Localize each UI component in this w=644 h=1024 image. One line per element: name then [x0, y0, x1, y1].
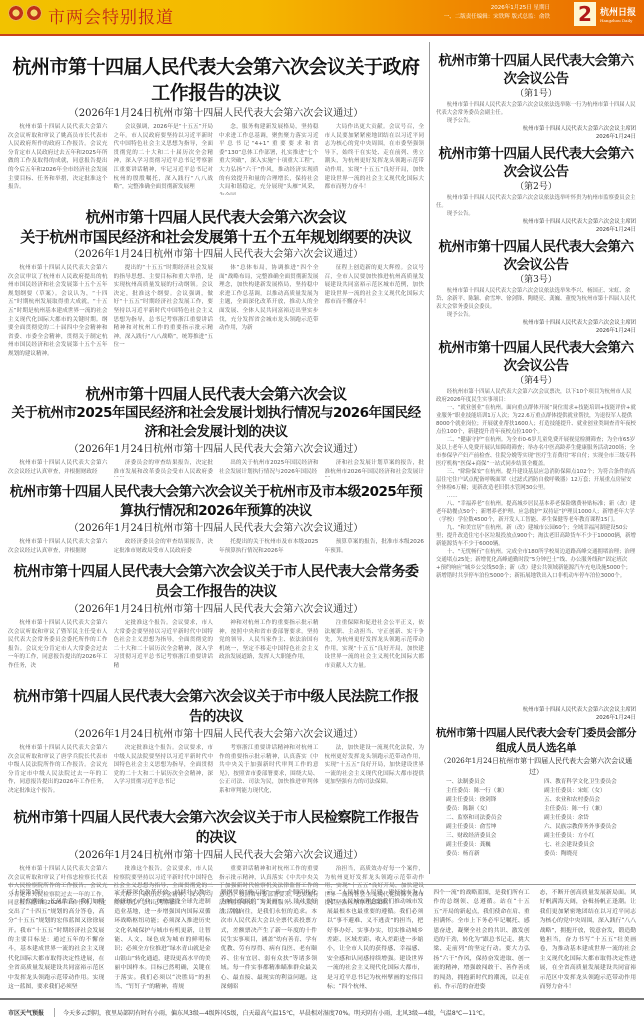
- subheadline: （2026年1月24日杭州市第十四届人民代表大会第六次会议通过）: [8, 522, 424, 536]
- commentary-column: 定不移深化改革开放，持续壮大数字经济核心产业，加快建设全球先进制造业基地，进一步…: [114, 889, 210, 993]
- list-item: 副主任委员：余岱: [544, 814, 636, 823]
- list-item: 委员：陈颖（女）: [446, 805, 538, 814]
- announcement-signer: 杭州市第十四届人民代表大会第六次会议主席团: [436, 706, 636, 714]
- edition-info: 2026年1月25日 星期日 一、二版责任编辑：宋铁辉 版式总监：俞铁: [444, 4, 550, 22]
- article-text: 大局作出更大贡献。会议号召，全市人民要加紧紧密地团结在以习近平同志为核心的党中央…: [325, 123, 425, 195]
- masthead: 市两会特别报道 2026年1月25日 星期日 一、二版责任编辑：宋铁辉 版式总监…: [0, 0, 644, 36]
- announcement-text: 一、“就业创业”在杭州。面向重点群体开展“岗位需求+技能培训+技能评价+就业服务…: [436, 404, 636, 436]
- announcement-date: 2026年1月24日: [436, 226, 636, 234]
- article-text: 考察浙江重要讲话精神和对杭州工作的重要指示批示精神，认真落实《中共中央关于加强新…: [219, 744, 319, 802]
- column-divider: [429, 42, 430, 874]
- list-item: 一、法制委员会: [446, 778, 538, 787]
- headline-line1: 杭州市第十四届人民代表大会第六次会议: [8, 384, 424, 404]
- announcement-text: 现予公告。: [436, 210, 636, 218]
- announcement-date: 2026年1月24日: [436, 714, 636, 722]
- article-text: 济委员会的审查结果报告，决定批准市发展和改革委员会受市人民政府委托提: [114, 459, 214, 477]
- list-item: 委员：杨育新: [446, 850, 538, 859]
- article-text: 体”总体布局，协调推进“四个全面”战略布局，完整准确全面贯彻新发展理念，加快构建…: [219, 264, 319, 376]
- article-text: 杭州市第十四届人民代表大会第六次会议听取和审议了姚高员市长代表市人民政府所作的政…: [8, 123, 108, 195]
- announcement-title: 杭州市第十四届人民代表大会第六次会议公告: [436, 52, 636, 88]
- announcement-signer: 杭州市第十四届人民代表大会第六次会议主席团: [436, 218, 636, 226]
- subheadline: （2026年1月24日杭州市第十四届人民代表大会第六次会议通过）: [8, 443, 424, 457]
- headline-line2: 关于杭州市2025年国民经济和社会发展计划执行情况与2026年国民经济和社会发展…: [8, 404, 424, 442]
- article-text: 注重保障和促进社会公平正义，依法履职、主动担当、守正创新、实干争先，为杭州更好发…: [325, 619, 425, 681]
- article-text: 杭州市第十四届人民代表大会第六次会议听取和审议了暨军民主任受市人民代表大会常务委…: [8, 619, 108, 681]
- weather-text: 今天多云到阴，夜里局部阴有时有小雨，偏东风3级—4级阵风5级，白天最高气温15℃…: [63, 1008, 489, 1017]
- announcement-text: 现予公告。: [436, 117, 636, 125]
- article-text: 定批准这个报告。会议要求，市人大常委会要坚持以习近平新时代中国特色社会主义思想为…: [114, 619, 214, 681]
- article-text: 提出的“十五五”时期经济社会发展的指导思想、主要目标和重大举措，是实现杭州高质量…: [114, 264, 214, 376]
- announcement-1: 杭州市第十四届人民代表大会第六次会议公告 （第1号） 杭州市第十四届人民代表大会…: [436, 52, 636, 141]
- article-text: 出的关于杭州市2025年国民经济和社会发展计划执行情况与2026年国民经: [219, 459, 319, 477]
- announcement-text: 现予公告。: [436, 311, 636, 319]
- jump-note: （上接第1版）: [8, 889, 104, 898]
- announcement-number: （第2号）: [436, 181, 636, 194]
- article-intermediate-court-report: 杭州市第十四届人民代表大会第六次会议关于市中级人民法院工作报告的决议 （2026…: [8, 687, 424, 802]
- list-item: 主任委员：陈一行（兼）: [446, 787, 538, 796]
- continued-commentary: （上接第1版） 时代潮涌，长风浩荡。我们如期交出了“十四五”规划的高分答卷，高分…: [8, 884, 636, 996]
- announcement-number: （第3号）: [436, 274, 636, 287]
- committee-members-list: 杭州市第十四届人民代表大会专门委员会部分组成人员人选名单 （2026年1月24日…: [436, 726, 636, 859]
- list-item: 四、教育科学文化卫生委员会: [544, 778, 636, 787]
- list-item: 副主任委员：徐剑锋: [446, 796, 538, 805]
- list-left: 一、法制委员会 主任委员：陈一行（兼） 副主任委员：徐剑锋 委员：陈颖（女） 二…: [446, 778, 538, 859]
- headline: 杭州市第十四届人民代表大会第六次会议关于政府工作报告的决议: [8, 54, 424, 106]
- commentary-column: 划纲要的“施工图”一步一个脚印转化为城市发展的“实景画”。人民对美好生活的向往，…: [221, 889, 317, 993]
- announcement-2: 杭州市第十四届人民代表大会第六次会议公告 （第2号） 杭州市第十四届人民代表大会…: [436, 145, 636, 234]
- list-right: 四、教育科学文化卫生委员会 副主任委员：宋虹（女） 五、农业和农村委员会 主任委…: [544, 778, 636, 859]
- article-text: 济和社会发展计划草案的报告，批准杭州市2026年国民经济和社会发展计划。: [325, 459, 425, 477]
- list-item: 二、监察和司法委员会: [446, 814, 538, 823]
- committee-grid: 一、法制委员会 主任委员：陈一行（兼） 副主任委员：徐剑锋 委员：陈颖（女） 二…: [436, 778, 636, 859]
- announcement-3: 杭州市第十四届人民代表大会第六次会议公告 （第3号） 杭州市第十四届人民代表大会…: [436, 238, 636, 335]
- cppcc-emblem-icon: [26, 5, 42, 21]
- announcement-text: 二、“健康守护”在杭州。为全市0-6岁儿童免费开展视觉检测筛查；为全市65岁及以…: [436, 436, 636, 468]
- article-budget: 杭州市第十四届人民代表大会第六次会议关于杭州市及市本级2025年预算执行情况和2…: [8, 483, 424, 556]
- announcement-text: 杭州市第十四届人民代表大会第六次会议依法选举叶怀贵为杭州市监察委员会主任。: [436, 194, 636, 210]
- announcement-signer: 杭州市第十四届人民代表大会第六次会议主席团: [436, 319, 636, 327]
- article-15th-five-year-plan: 杭州市第十四届人民代表大会第六次会议 关于杭州市国民经济和社会发展第十五个五年规…: [8, 207, 424, 376]
- announcement-title: 杭州市第十四届人民代表大会第六次会议公告: [436, 238, 636, 274]
- announcement-title: 杭州市第十四届人民代表大会第六次会议公告: [436, 339, 636, 375]
- editor-credits: 一、二版责任编辑：宋铁辉 版式总监：俞铁: [444, 13, 550, 22]
- list-item: 副主任委员：俞雪坤: [446, 823, 538, 832]
- article-text: 托提出的关于杭州市及市本级2025年预算执行情况和2026年: [219, 538, 319, 556]
- commentary-column: 示，“人民城市人民建，建好城市为人民”。人民城市理念是我们推动城市发展最根本也最…: [327, 889, 423, 993]
- list-item: 六、民族宗教侨务外事委员会: [544, 823, 636, 832]
- article-text: 预算草案的报告，批准市本级2026年预算。: [325, 538, 425, 556]
- subheadline: （2026年1月24日杭州市第十四届人民代表大会第六次会议通过）: [8, 603, 424, 617]
- announcement-text: 十、“无忧畅行”在杭州。完成全市180所学校周边道路高峰交通拥堵治理；治理交通堵…: [436, 548, 636, 580]
- article-text: 会议强调，2026年是“十五五”开局之年。市人民政府要坚持以习近平新时代中国特色…: [114, 123, 214, 195]
- announcement-date: 2026年1月24日: [436, 327, 636, 335]
- issue-date: 2026年1月25日 星期日: [444, 4, 550, 13]
- national-emblem-icon: [8, 5, 24, 21]
- article-government-report: 杭州市第十四届人民代表大会第六次会议关于政府工作报告的决议 （2026年1月24…: [8, 54, 424, 195]
- resolutions-column: 杭州市第十四届人民代表大会第六次会议关于政府工作报告的决议 （2026年1月24…: [8, 42, 424, 923]
- weather-label: 市区天气预报: [8, 1008, 55, 1017]
- headline: 杭州市第十四届人民代表大会第六次会议关于市中级人民法院工作报告的决议: [8, 687, 424, 727]
- announcement-text: 杭州市第十四届人民代表大会第六次会议依法选举朱李兴、杨国正、宋虹、余岱、余新平、…: [436, 287, 636, 311]
- announcement-title: 杭州市第十四届人民代表大会第六次会议公告: [436, 145, 636, 181]
- subheadline: （2026年1月24日杭州市第十四届人民代表大会第六次会议通过）: [8, 728, 424, 742]
- list-item: 三、财政经济委员会: [446, 832, 538, 841]
- article-text: 政经济委员会的审查结果报告，决定批准市财政局受市人民政府委: [114, 538, 214, 556]
- announcement-date: 2026年1月24日: [436, 133, 636, 141]
- headline: 杭州市第十四届人民代表大会第六次会议关于杭州市及市本级2025年预算执行情况和2…: [8, 483, 424, 521]
- list-item: 副主任委员：宋虹（女）: [544, 787, 636, 796]
- list-item: 委员：陶晓亮: [544, 850, 636, 859]
- page-number: 2: [574, 2, 596, 26]
- list-title: 杭州市第十四届人民代表大会专门委员会部分组成人员人选名单: [436, 726, 636, 756]
- subheadline: （2026年1月24日杭州市第十四届人民代表大会第六次会议通过）: [8, 849, 424, 863]
- announcement-4: 杭州市第十四届人民代表大会第六次会议公告 （第4号） 经杭州市第十四届人民代表大…: [436, 339, 636, 722]
- announcement-signer: 杭州市第十四届人民代表大会第六次会议主席团: [436, 125, 636, 133]
- commentary-column: （上接第1版） 时代潮涌，长风浩荡。我们如期交出了“十四五”规划的高分答卷，高分…: [8, 889, 104, 993]
- article-2025-2026-development-plan: 杭州市第十四届人民代表大会第六次会议 关于杭州市2025年国民经济和社会发展计划…: [8, 384, 424, 477]
- headline: 杭州市第十四届人民代表大会第六次会议关于市人民检察院工作报告的决议: [8, 808, 424, 848]
- headline: 杭州市第十四届人民代表大会第六次会议关于市人民代表大会常务委员会工作报告的决议: [8, 562, 424, 602]
- announcement-number: （第4号）: [436, 375, 636, 388]
- announcement-number: （第1号）: [436, 88, 636, 101]
- article-text: 法，加快建设一流现代化法院，为杭州更好发挥龙头领跑示范带动作用，实现“十五五”良…: [325, 744, 425, 802]
- subheadline: （2026年1月24日杭州市第十四届人民代表大会第六次会议通过）: [8, 248, 424, 262]
- article-text: 念，服务构建新发展格局，坚持稳中求进工作总基调，聚焦聚力落实习近平总书记“4+1…: [219, 123, 319, 195]
- announcement-text: 九、“和美宜居”在杭州。新（改）建城市公园60个；全域幸福河湖建设50公里；提升…: [436, 524, 636, 548]
- headline-line1: 杭州市第十四届人民代表大会第六次会议: [8, 207, 424, 227]
- article-text: 神和对杭州工作的重要指示批示精神，按照中央和省市委部署要求，坚持党的领导、人民当…: [219, 619, 319, 681]
- paper-logo: 杭州日报 Hangzhou Daily: [600, 5, 636, 23]
- commentary-column: 态，不断开创高质量发展新局面。风好帆满海天阔，奋楫扬帆正逢潮。让我们更加紧密地团…: [540, 889, 636, 993]
- list-subtitle: （2026年1月24日杭州市第十四届人民代表大会第六次会议通过）: [436, 756, 636, 778]
- list-item: 五、农业和农村委员会: [544, 796, 636, 805]
- list-item: 七、社会建设委员会: [544, 841, 636, 850]
- section-title: 市两会特别报道: [48, 3, 174, 28]
- list-item: 副主任委员：方小红: [544, 832, 636, 841]
- article-text: 杭州市第十四届人民代表大会第六次会议经过认真审查，并根据财政经: [8, 459, 108, 477]
- article-text: 征程上创造新的更大辉煌。会议号召，全市人民要加快推进杭州高质量发展建设共同富裕示…: [325, 264, 425, 376]
- article-text: 杭州市第十四届人民代表大会第六次会议经过认真审查，并根据财: [8, 538, 108, 556]
- announcement-text: 三、“除险保安”在杭州。提升建设基层应急消防保障点102个；为符合条件的高层住宅…: [436, 468, 636, 492]
- announcement-text: 杭州市第十四届人民代表大会第六次会议依法选举陈一行为杭州市第十四届人民代表大会常…: [436, 101, 636, 117]
- article-text: 杭州市第十四届人民代表大会第六次会议审议了杭州市人民政府提出的杭州市国民经济和社…: [8, 264, 108, 376]
- headline-line2: 关于杭州市国民经济和社会发展第十五个五年规划纲要的决议: [8, 227, 424, 247]
- weather-forecast: 市区天气预报 今天多云到阴，夜里局部阴有时有小雨，偏东风3级—4级阵风5级，白天…: [0, 998, 644, 1024]
- announcement-text: 经杭州市第十四届人民代表大会第六次会议票决，以下10个项目为杭州市人民政府202…: [436, 388, 636, 404]
- commentary-column: 四个一流”的战略蓝图，是我们所有工作的总纲领、总遵循。站在“十五五”开局的新起点…: [433, 889, 529, 993]
- announcement-text: ……: [436, 492, 636, 500]
- announcements-column: 杭州市第十四届人民代表大会第六次会议公告 （第1号） 杭州市第十四届人民代表大会…: [436, 42, 636, 859]
- article-text: 决定批准这个报告。会议要求，市中级人民法院要坚持以习近平新时代中国特色社会主义思…: [114, 744, 214, 802]
- article-standing-committee-report: 杭州市第十四届人民代表大会第六次会议关于市人民代表大会常务委员会工作报告的决议 …: [8, 562, 424, 681]
- announcement-text: 八、“幸福养老”在杭州。提高城乡居民基本养老保险缴费补贴标准；新（改）建老年助餐…: [436, 500, 636, 524]
- article-text: 杭州市第十四届人民代表大会第六次会议听取和审议了唐学兵院长代表市中级人民法院所作…: [8, 744, 108, 802]
- list-item: 副主任委员：龚巍: [446, 841, 538, 850]
- list-item: 主任委员：陈一行（兼）: [544, 805, 636, 814]
- subheadline: （2026年1月24日杭州市第十四届人民代表大会第六次会议通过）: [8, 107, 424, 121]
